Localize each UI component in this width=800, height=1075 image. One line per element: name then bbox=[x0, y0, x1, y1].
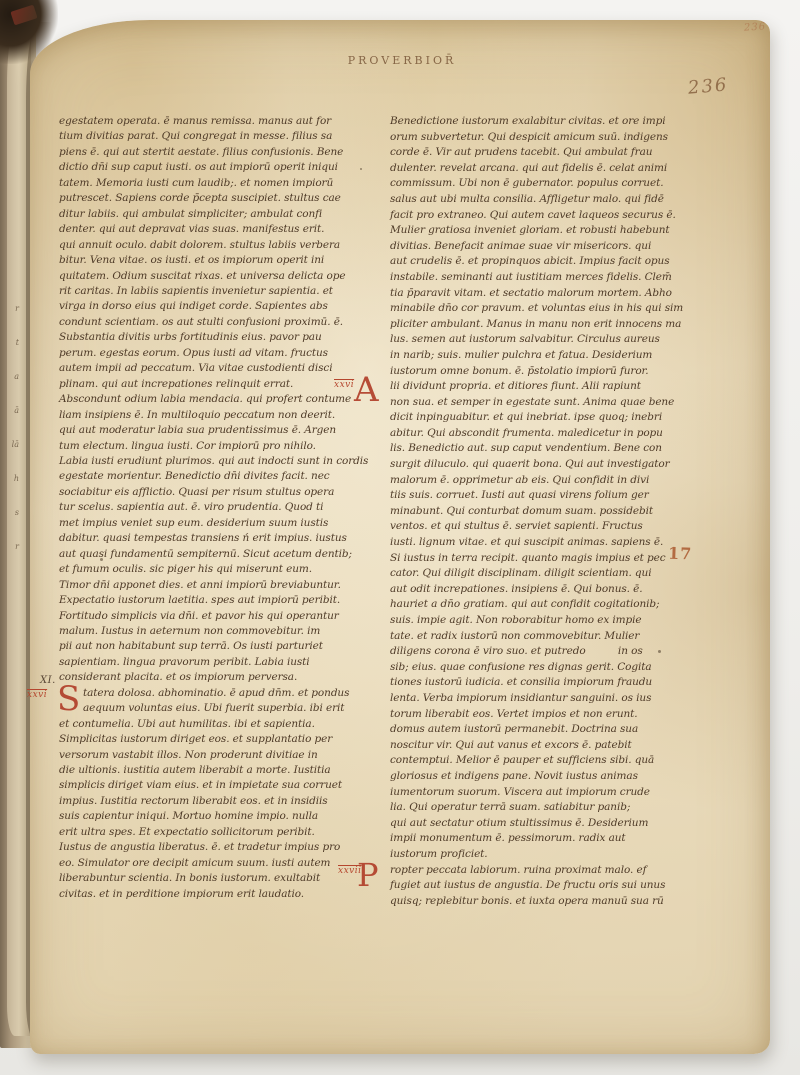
manuscript-line: bitur. Vena vitae. os iusti. et os impio… bbox=[59, 253, 341, 268]
gutter-fragment: r bbox=[7, 292, 19, 326]
gutter-fragment: h bbox=[7, 462, 19, 496]
manuscript-line: minabile dn̄o cor pravum. et voluntas ei… bbox=[390, 301, 682, 317]
drop-initial-s: S bbox=[57, 682, 80, 716]
manuscript-line: Expectatio iustorum laetitia. spes aut i… bbox=[59, 593, 341, 608]
manuscript-line: corde ē. Vir aut prudens tacebit. Qui am… bbox=[390, 145, 682, 161]
manuscript-line: suis capientur iniqui. Mortuo homine imp… bbox=[59, 809, 341, 824]
manuscript-line: hauriet a dn̄o gratiam. qui aut confidit… bbox=[390, 597, 682, 613]
manuscript-line: quisq; replebitur bonis. et iuxta opera … bbox=[390, 894, 682, 910]
manuscript-line: iustorum proficiet. bbox=[390, 847, 682, 863]
manuscript-line: Fortitudo simplicis via dn̄i. et pavor h… bbox=[59, 609, 341, 624]
speck bbox=[100, 558, 103, 561]
manuscript-line: diligens corona ē viro suo. et putredo i… bbox=[390, 644, 682, 660]
manuscript-line: autem impii ad peccatum. Via vitae custo… bbox=[59, 361, 341, 376]
manuscript-line: virga in dorso eius qui indiget corde. S… bbox=[59, 299, 341, 314]
text-column-left: S XI. xxvi egestatem operata. ē manus re… bbox=[59, 114, 341, 902]
manuscript-line: pii aut non habitabunt sup terrā. Os ius… bbox=[59, 639, 341, 654]
manuscript-line: met impius veniet sup eum. desiderium su… bbox=[59, 516, 341, 531]
manuscript-photo: { "page": { "running_title": "PROVERBIOR… bbox=[0, 0, 800, 1075]
manuscript-line: putrescet. Sapiens corde p̄cepta suscipi… bbox=[59, 191, 341, 206]
manuscript-line: et contumelia. Ubi aut humilitas. ibi et… bbox=[59, 717, 341, 732]
manuscript-line: minabunt. Qui conturbat domum suam. poss… bbox=[390, 504, 682, 520]
manuscript-line: tum electum. lingua iusti. Cor impiorū p… bbox=[59, 439, 341, 454]
manuscript-line: malum. Iustus in aeternum non commovebit… bbox=[59, 624, 341, 639]
manuscript-line: tur scelus. sapientia aut. ē. viro prude… bbox=[59, 500, 341, 515]
manuscript-line: tiones iustorū iudicia. et consilia impi… bbox=[390, 675, 682, 691]
capitulum-number-xxvi: xxvi bbox=[334, 380, 354, 390]
capitulum-number-xxvi: xxvi bbox=[27, 690, 47, 700]
manuscript-line: Substantia divitis urbs fortitudinis eiu… bbox=[59, 330, 341, 345]
text-column-right: A P xxvi xxvii Benedictione iustorum exa… bbox=[390, 114, 682, 909]
gutter-fragment: t bbox=[7, 326, 19, 360]
manuscript-line: iumentorum suorum. Viscera aut impiorum … bbox=[390, 785, 682, 801]
corner-page-number: 236 bbox=[744, 21, 767, 33]
manuscript-line: Iustus de angustia liberatus. ē. et trad… bbox=[59, 840, 341, 855]
manuscript-line: aut crudelis ē. et propinquos abicit. Im… bbox=[390, 254, 682, 270]
chapter-number-xi: XI. bbox=[40, 676, 56, 686]
manuscript-line: iusti. lignum vitae. et qui suscipit ani… bbox=[390, 535, 682, 551]
manuscript-line: gloriosus et indigens pane. Novit iustus… bbox=[390, 769, 682, 785]
manuscript-line: lii dividunt propria. et ditiores fiunt.… bbox=[390, 379, 682, 395]
manuscript-line: dicit inpinguabitur. et qui inebriat. ip… bbox=[390, 410, 682, 426]
manuscript-line: simplicis diriget viam eius. et in impie… bbox=[59, 778, 341, 793]
manuscript-line: Abscondunt odium labia mendacia. qui pro… bbox=[59, 392, 341, 407]
manuscript-line: aut odit increpationes. insipiens ē. Qui… bbox=[390, 582, 682, 598]
manuscript-line: tiis suis. corruet. Iusti aut quasi vire… bbox=[390, 488, 682, 504]
manuscript-line: salus aut ubi multa consilia. Affligetur… bbox=[390, 192, 682, 208]
manuscript-line: tia p̄paravit vitam. et sectatio malorum… bbox=[390, 286, 682, 302]
drop-initial-a: A bbox=[354, 373, 379, 407]
manuscript-line: Si iustus in terra recipit. quanto magis… bbox=[390, 551, 682, 567]
manuscript-line: die ultionis. iustitia autem liberabit a… bbox=[59, 763, 341, 778]
manuscript-line: lenta. Verba impiorum insidiantur sangui… bbox=[390, 691, 682, 707]
manuscript-line: tatera dolosa. abhominatio. ē apud dn̄m.… bbox=[59, 686, 341, 701]
running-title: PROVERBIOR̄ bbox=[302, 54, 502, 67]
manuscript-line: orum subvertetur. Qui despicit amicum su… bbox=[390, 130, 682, 146]
manuscript-line: domus autem iustorū permanebit. Doctrina… bbox=[390, 722, 682, 738]
manuscript-line: cator. Qui diligit disciplinam. diligit … bbox=[390, 566, 682, 582]
manuscript-line: ditur labiis. qui ambulat simpliciter; a… bbox=[59, 207, 341, 222]
manuscript-line: torum liberabit eos. Vertet impios et no… bbox=[390, 707, 682, 723]
manuscript-line: ropter peccata labiorum. ruina proximat … bbox=[390, 863, 682, 879]
manuscript-line: in narib; suis. mulier pulchra et fatua.… bbox=[390, 348, 682, 364]
manuscript-line: lus. semen aut iustorum salvabitur. Circ… bbox=[390, 332, 682, 348]
manuscript-line: ventos. et qui stultus ē. serviet sapien… bbox=[390, 519, 682, 535]
manuscript-line: tium divitias parat. Qui congregat in me… bbox=[59, 129, 341, 144]
manuscript-line: Timor dn̄i apponet dies. et anni impiorū… bbox=[59, 578, 341, 593]
manuscript-line: Benedictione iustorum exalabitur civitas… bbox=[390, 114, 682, 130]
gutter-fragment: a bbox=[7, 360, 19, 394]
manuscript-line: pliciter ambulant. Manus in manu non eri… bbox=[390, 317, 682, 333]
manuscript-line: perum. egestas eorum. Opus iusti ad vita… bbox=[59, 346, 341, 361]
manuscript-line: Mulier gratiosa inveniet gloriam. et rob… bbox=[390, 223, 682, 239]
gutter-fragment: ā bbox=[7, 394, 19, 428]
manuscript-line: tatem. Memoria iusti cum laudib;. et nom… bbox=[59, 176, 341, 191]
manuscript-line: egestate morientur. Benedictio dn̄i divi… bbox=[59, 469, 341, 484]
manuscript-line: considerant placita. et os impiorum perv… bbox=[59, 670, 341, 685]
manuscript-line: plinam. qui aut increpationes relinquit … bbox=[59, 377, 341, 392]
manuscript-line: Simplicitas iustorum diriget eos. et sup… bbox=[59, 732, 341, 747]
manuscript-line: quitatem. Odium suscitat rixas. et unive… bbox=[59, 269, 341, 284]
manuscript-line: liam insipiens ē. In multiloquio peccatu… bbox=[59, 408, 341, 423]
manuscript-line: sociabitur eis afflictio. Quasi per risu… bbox=[59, 485, 341, 500]
manuscript-line: qui annuit oculo. dabit dolorem. stultus… bbox=[59, 238, 341, 253]
manuscript-line: lia. Qui operatur terrā suam. satiabitur… bbox=[390, 800, 682, 816]
gutter-fragment: r bbox=[7, 530, 19, 564]
manuscript-line: surgit diluculo. qui quaerit bona. Qui a… bbox=[390, 457, 682, 473]
manuscript-line: versorum vastabit illos. Non proderunt d… bbox=[59, 748, 341, 763]
manuscript-line: contemptui. Melior ē pauper et sufficien… bbox=[390, 753, 682, 769]
manuscript-line: fugiet aut iustus de angustia. De fructu… bbox=[390, 878, 682, 894]
manuscript-line: suis. impie agit. Non roborabitur homo e… bbox=[390, 613, 682, 629]
manuscript-line: facit pro extraneo. Qui autem cavet laqu… bbox=[390, 208, 682, 224]
folio-number: 236 bbox=[687, 74, 729, 98]
manuscript-line: dabitur. quasi tempestas transiens ń eri… bbox=[59, 531, 341, 546]
manuscript-line: Labia iusti erudiunt plurimos. qui aut i… bbox=[59, 454, 341, 469]
speck bbox=[658, 650, 661, 653]
manuscript-line: egestatem operata. ē manus remissa. manu… bbox=[59, 114, 341, 129]
manuscript-line: sib; eius. quae confusione res dignas ge… bbox=[390, 660, 682, 676]
manuscript-line: eo. Simulator ore decipit amicum suum. i… bbox=[59, 856, 341, 871]
gutter-fragment: s bbox=[7, 496, 19, 530]
manuscript-line: impii monumentum ē. pessimorum. radix au… bbox=[390, 831, 682, 847]
manuscript-line: piens ē. qui aut stertit aestate. filius… bbox=[59, 145, 341, 160]
manuscript-line: aequum voluntas eius. Ubi fuerit superbi… bbox=[59, 701, 341, 716]
manuscript-page: 236 PROVERBIOR̄ 236 17 S XI. xxvi egesta… bbox=[30, 20, 770, 1054]
manuscript-line: qui aut sectatur otium stultissimus ē. D… bbox=[390, 816, 682, 832]
gutter-text-fragments: rtaālāhsr bbox=[7, 292, 19, 564]
manuscript-line: divitias. Benefacit animae suae vir mise… bbox=[390, 239, 682, 255]
manuscript-line: qui aut moderatur labia sua prudentissim… bbox=[59, 423, 341, 438]
manuscript-line: sapientiam. lingua pravorum peribit. Lab… bbox=[59, 655, 341, 670]
manuscript-line: noscitur vir. Qui aut vanus et excors ē.… bbox=[390, 738, 682, 754]
manuscript-line: dulenter. revelat arcana. qui aut fideli… bbox=[390, 161, 682, 177]
manuscript-line: lis. Benedictio aut. sup caput vendentiu… bbox=[390, 441, 682, 457]
manuscript-line: condunt scientiam. os aut stulti confusi… bbox=[59, 315, 341, 330]
manuscript-line: et fumum oculis. sic piger his qui miser… bbox=[59, 562, 341, 577]
manuscript-line: rit caritas. In labiis sapientis invenie… bbox=[59, 284, 341, 299]
manuscript-line: iustorum omne bonum. ē. p̄stolatio impio… bbox=[390, 364, 682, 380]
manuscript-line: instabile. seminanti aut iustitiam merce… bbox=[390, 270, 682, 286]
manuscript-line: liberabuntur scientia. In bonis iustorum… bbox=[59, 871, 341, 886]
manuscript-line: tate. et radix iustorū non commovebitur.… bbox=[390, 629, 682, 645]
manuscript-line: dictio dn̄i sup caput iusti. os aut impi… bbox=[59, 160, 341, 175]
manuscript-line: civitas. et in perditione impiorum erit … bbox=[59, 887, 341, 902]
manuscript-line: abitur. Qui abscondit frumenta. maledice… bbox=[390, 426, 682, 442]
manuscript-line: non sua. et semper in egestate sunt. Ani… bbox=[390, 395, 682, 411]
manuscript-line: commissum. Ubi non ē gubernator. populus… bbox=[390, 176, 682, 192]
manuscript-line: impius. Iustitia rectorum liberabit eos.… bbox=[59, 794, 341, 809]
manuscript-line: denter. qui aut depravat vias suas. mani… bbox=[59, 222, 341, 237]
capitulum-number-xxvii: xxvii bbox=[338, 866, 362, 876]
manuscript-line: malorum ē. opprimetur ab eis. Qui confid… bbox=[390, 473, 682, 489]
gutter-fragment: lā bbox=[7, 428, 19, 462]
manuscript-line: erit ultra spes. Et expectatio sollicito… bbox=[59, 825, 341, 840]
speck bbox=[360, 168, 362, 170]
